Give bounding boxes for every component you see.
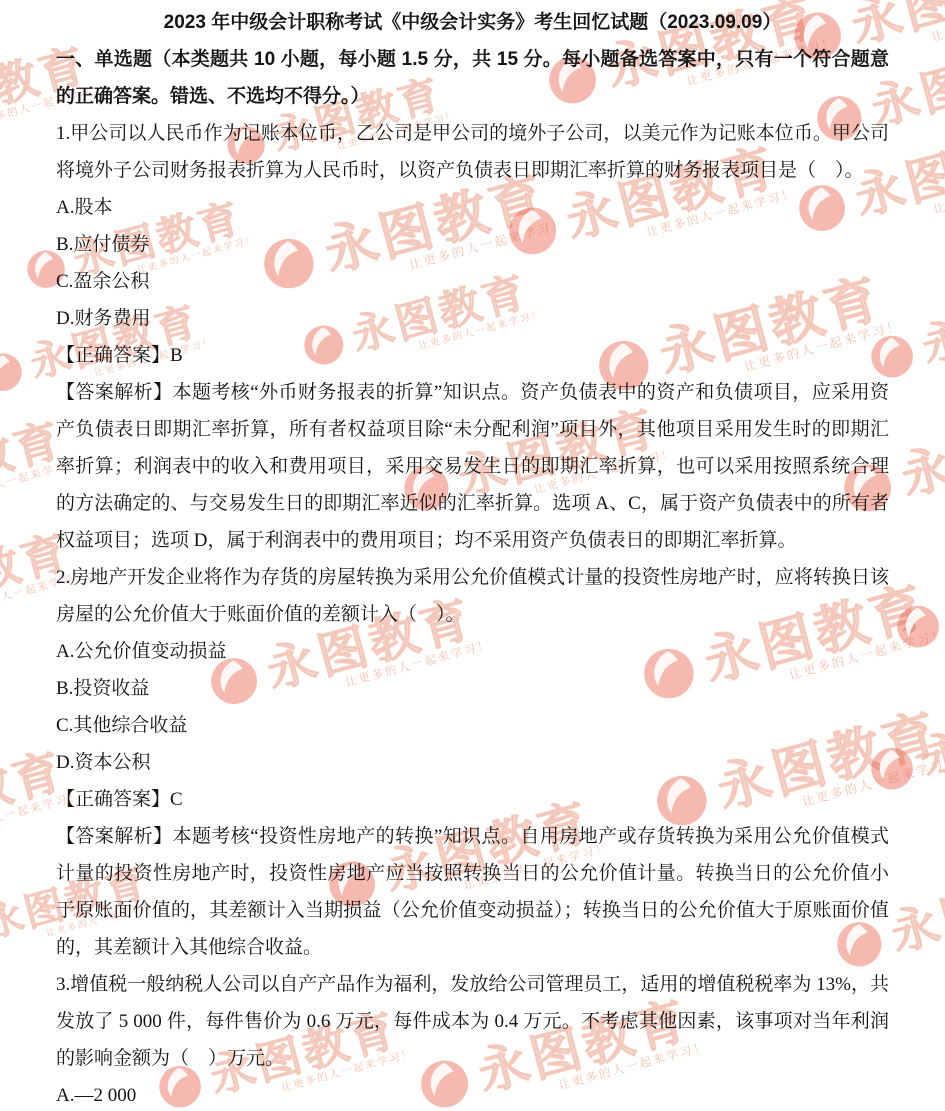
question-2-option-b: B.投资收益 (56, 670, 889, 707)
question-3-option-a: A.—2 000 (56, 1077, 889, 1111)
question-2-option-d: D.资本公积 (56, 744, 889, 781)
question-2-correct-answer: 【正确答案】C (56, 781, 889, 818)
question-1-option-a: A.股本 (56, 189, 889, 226)
question-1-correct-answer: 【正确答案】B (56, 337, 889, 374)
question-3-stem: 3.增值税一般纳税人公司以自产产品作为福利，发放给公司管理员工，适用的增值税税率… (56, 966, 889, 1077)
question-1-analysis: 【答案解析】本题考核“外币财务报表的折算”知识点。资产负债表中的资产和负债项目，… (56, 374, 889, 559)
question-2-option-a: A.公允价值变动损益 (56, 633, 889, 670)
exam-document-page: 永图教育让更多的人一起来学习！永图教育让更多的人一起来学习！永图教育让更多的人一… (0, 0, 945, 1111)
question-2-analysis: 【答案解析】本题考核“投资性房地产的转换”知识点。自用房地产或存货转换为采用公允… (56, 818, 889, 966)
question-1-stem: 1.甲公司以人民币作为记账本位币，乙公司是甲公司的境外子公司，以美元作为记账本位… (56, 115, 889, 189)
question-1-option-c: C.盈余公积 (56, 263, 889, 300)
question-2-stem: 2.房地产开发企业将作为存货的房屋转换为采用公允价值模式计量的投资性房地产时，应… (56, 559, 889, 633)
page-title: 2023 年中级会计职称考试《中级会计实务》考生回忆试题（2023.09.09） (56, 4, 889, 41)
question-1-option-d: D.财务费用 (56, 300, 889, 337)
question-2-option-c: C.其他综合收益 (56, 707, 889, 744)
question-1-option-b: B.应付债券 (56, 226, 889, 263)
document-content: 2023 年中级会计职称考试《中级会计实务》考生回忆试题（2023.09.09）… (0, 0, 945, 1111)
section-heading: 一、单选题（本类题共 10 小题，每小题 1.5 分，共 15 分。每小题备选答… (56, 41, 889, 115)
